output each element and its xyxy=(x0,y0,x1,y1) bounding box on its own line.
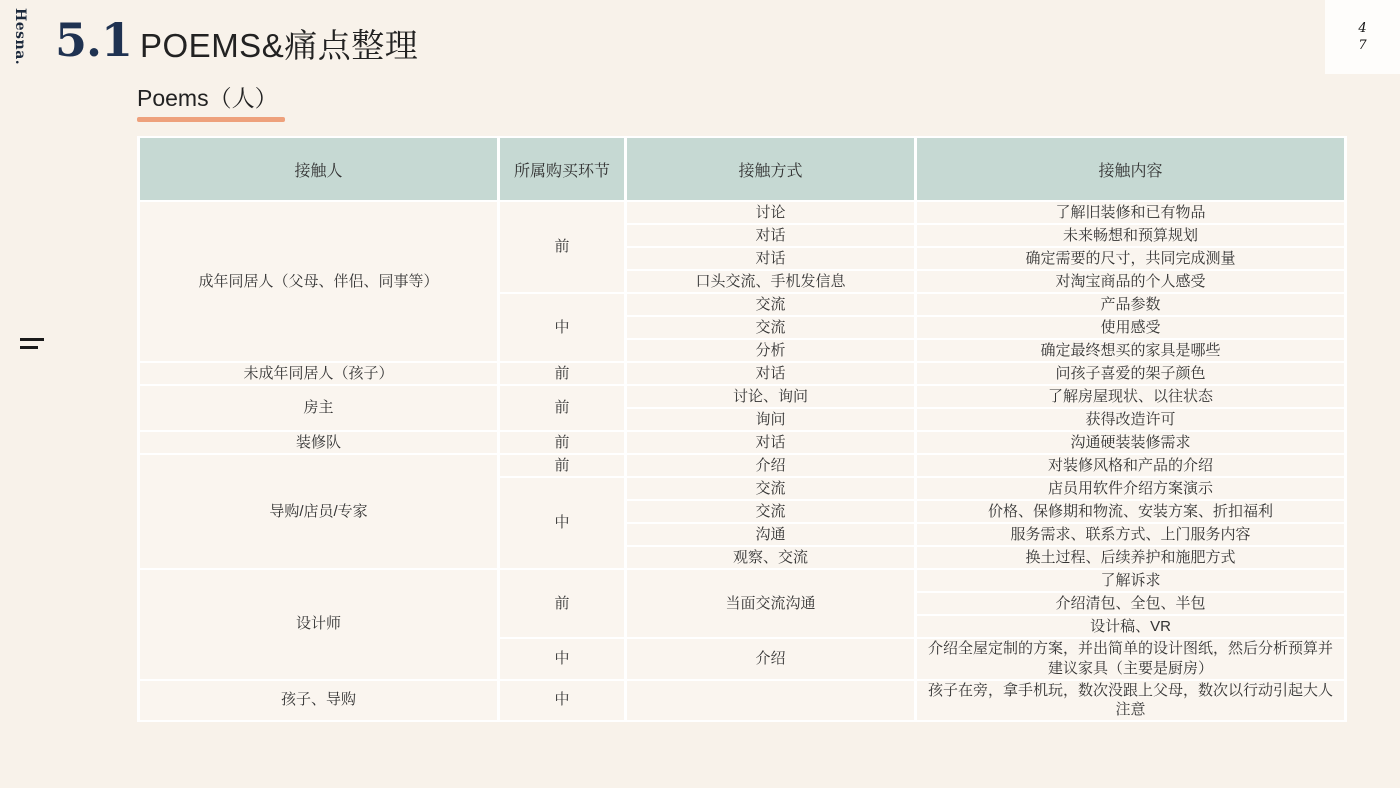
table-cell: 介绍全屋定制的方案，并出简单的设计图纸，然后分析预算并建议家具（主要是厨房） xyxy=(916,638,1346,680)
table-cell: 店员用软件介绍方案演示 xyxy=(916,477,1346,500)
table-cell: 前 xyxy=(499,362,626,385)
table-cell: 房主 xyxy=(139,385,499,431)
table-cell: 使用感受 xyxy=(916,316,1346,339)
table-cell: 服务需求、联系方式、上门服务内容 xyxy=(916,523,1346,546)
table-cell: 对话 xyxy=(626,247,916,270)
table-cell: 介绍 xyxy=(626,454,916,477)
table-cell: 孩子在旁，拿手机玩，数次没跟上父母，数次以行动引起大人注意 xyxy=(916,680,1346,722)
page-title: POEMS&痛点整理 xyxy=(140,28,418,64)
table-cell: 询问 xyxy=(626,408,916,431)
table-cell: 设计师 xyxy=(139,569,499,680)
table-cell: 口头交流、手机发信息 xyxy=(626,270,916,293)
table-cell xyxy=(626,680,916,722)
poems-table: 接触人所属购买环节接触方式接触内容 成年同居人（父母、伴侣、同事等）前讨论了解旧… xyxy=(137,136,1347,722)
column-header: 接触内容 xyxy=(916,137,1346,201)
table-cell: 换土过程、后续养护和施肥方式 xyxy=(916,546,1346,569)
table-cell: 对话 xyxy=(626,224,916,247)
table-cell: 前 xyxy=(499,201,626,293)
table-cell: 交流 xyxy=(626,500,916,523)
table-row: 未成年同居人（孩子）前对话问孩子喜爱的架子颜色 xyxy=(139,362,1346,385)
table-row: 导购/店员/专家前介绍对装修风格和产品的介绍 xyxy=(139,454,1346,477)
table-cell: 中 xyxy=(499,477,626,569)
table-row: 设计师前当面交流沟通了解诉求 xyxy=(139,569,1346,592)
column-header: 所属购买环节 xyxy=(499,137,626,201)
table-cell: 成年同居人（父母、伴侣、同事等） xyxy=(139,201,499,362)
table-cell: 对装修风格和产品的介绍 xyxy=(916,454,1346,477)
table-cell: 介绍 xyxy=(626,638,916,680)
table-cell: 当面交流沟通 xyxy=(626,569,916,638)
table-cell: 交流 xyxy=(626,316,916,339)
table-cell: 设计稿、VR xyxy=(916,615,1346,638)
table-cell: 孩子、导购 xyxy=(139,680,499,722)
table-cell: 中 xyxy=(499,293,626,362)
page-number-line: 4 xyxy=(1358,20,1366,37)
section-number: 5.1 xyxy=(55,14,132,66)
table-cell: 了解房屋现状、以往状态 xyxy=(916,385,1346,408)
table-cell: 导购/店员/专家 xyxy=(139,454,499,569)
table-cell: 了解诉求 xyxy=(916,569,1346,592)
table-cell: 未成年同居人（孩子） xyxy=(139,362,499,385)
table-cell: 价格、保修期和物流、安装方案、折扣福利 xyxy=(916,500,1346,523)
table-cell: 对淘宝商品的个人感受 xyxy=(916,270,1346,293)
page-number-box: 4 7 xyxy=(1325,0,1400,74)
table-cell: 装修队 xyxy=(139,431,499,454)
table-cell: 沟通 xyxy=(626,523,916,546)
table-cell: 对话 xyxy=(626,431,916,454)
table-cell: 交流 xyxy=(626,293,916,316)
table-cell: 确定需要的尺寸，共同完成测量 xyxy=(916,247,1346,270)
table-row: 成年同居人（父母、伴侣、同事等）前讨论了解旧装修和已有物品 xyxy=(139,201,1346,224)
table-cell: 前 xyxy=(499,431,626,454)
table-row: 装修队前对话沟通硬装装修需求 xyxy=(139,431,1346,454)
subtitle-underline xyxy=(137,117,285,122)
menu-icon-bar xyxy=(20,338,44,341)
table-cell: 中 xyxy=(499,680,626,722)
table-cell: 获得改造许可 xyxy=(916,408,1346,431)
page-subtitle: Poems（人） xyxy=(137,84,278,112)
table-cell: 问孩子喜爱的架子颜色 xyxy=(916,362,1346,385)
table-cell: 确定最终想买的家具是哪些 xyxy=(916,339,1346,362)
table-cell: 产品参数 xyxy=(916,293,1346,316)
table-cell: 分析 xyxy=(626,339,916,362)
column-header: 接触人 xyxy=(139,137,499,201)
table-cell: 前 xyxy=(499,454,626,477)
menu-icon xyxy=(20,338,44,350)
table-cell: 讨论 xyxy=(626,201,916,224)
column-header: 接触方式 xyxy=(626,137,916,201)
table-cell: 交流 xyxy=(626,477,916,500)
table-cell: 中 xyxy=(499,638,626,680)
table-cell: 未来畅想和预算规划 xyxy=(916,224,1346,247)
menu-icon-bar xyxy=(20,346,38,349)
brand-vertical-text: Hesna. xyxy=(12,8,28,65)
table-cell: 前 xyxy=(499,569,626,638)
table-cell: 前 xyxy=(499,385,626,431)
table-cell: 观察、交流 xyxy=(626,546,916,569)
page-number-line: 7 xyxy=(1358,37,1366,54)
table-row: 房主前讨论、询问了解房屋现状、以往状态 xyxy=(139,385,1346,408)
table-cell: 了解旧装修和已有物品 xyxy=(916,201,1346,224)
table-cell: 沟通硬装装修需求 xyxy=(916,431,1346,454)
table-cell: 介绍清包、全包、半包 xyxy=(916,592,1346,615)
table-cell: 对话 xyxy=(626,362,916,385)
table-row: 孩子、导购中孩子在旁，拿手机玩，数次没跟上父母，数次以行动引起大人注意 xyxy=(139,680,1346,722)
table-cell: 讨论、询问 xyxy=(626,385,916,408)
table-header-row: 接触人所属购买环节接触方式接触内容 xyxy=(139,137,1346,201)
